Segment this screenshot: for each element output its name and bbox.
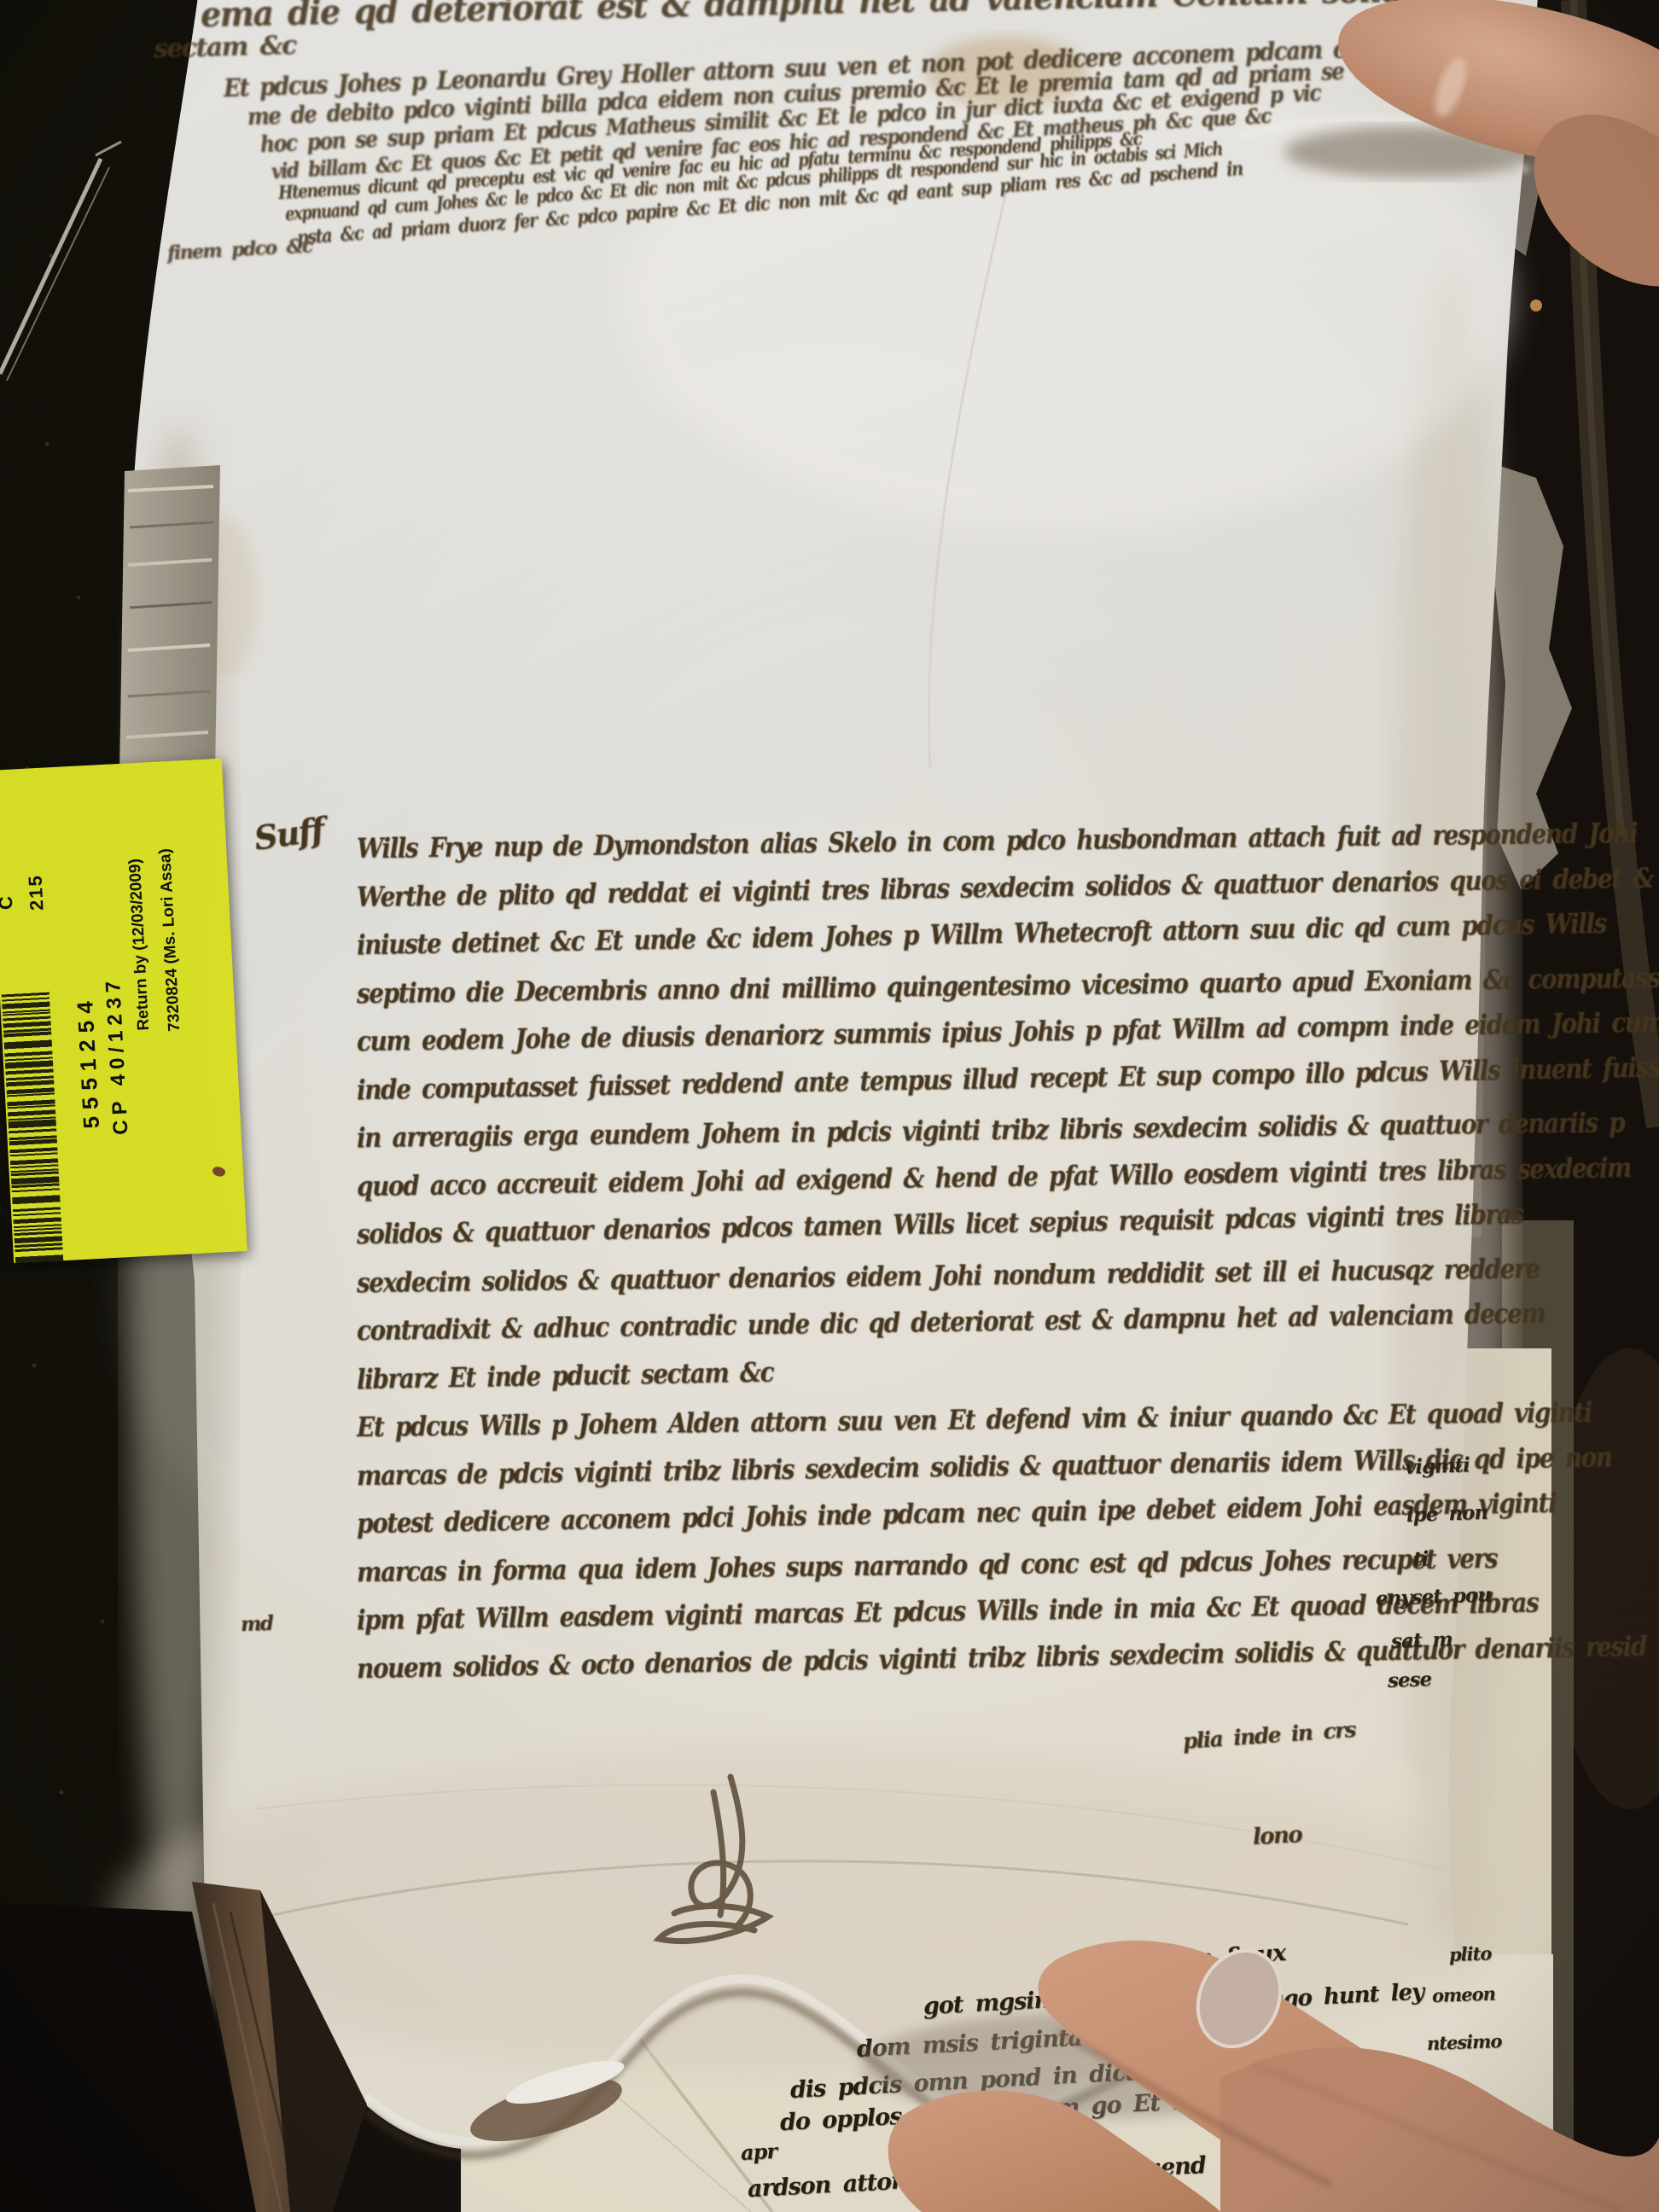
margin-md-note: md [241, 1612, 273, 1636]
manuscript-line: finem pdco &c [166, 235, 312, 265]
manuscript-line: ema die qd deteriorat est & dampnu het a… [201, 0, 1493, 35]
under-leaf-line: dom msis triginta annos [856, 2020, 1167, 2063]
under-leaf-line: apr [740, 2139, 777, 2165]
photo-stage: ema die qd deteriorat est & dampnu het a… [0, 0, 1659, 2212]
manuscript-line: contradixit & adhuc contradic unde dic q… [357, 1296, 1545, 1347]
under-leaf-line: ardson attorn omn von d om quend [747, 2152, 1206, 2203]
label-line: Return by (12/03/2009) [126, 859, 154, 1032]
manuscript-line: sexdecim solidos & quattuor denarios eid… [357, 1252, 1540, 1299]
edge-fragment: vigmti [1405, 1453, 1470, 1479]
edge-fragment: sat m [1391, 1628, 1453, 1653]
manuscript-line: ipm pfat Willm easdem viginti marcas Et … [357, 1586, 1539, 1636]
manuscript-line: in arreragiis erga eundem Johem in pdcis… [357, 1106, 1625, 1154]
label-line: CP 40/1237 [102, 975, 134, 1136]
manuscript-line: Et pdcus Wills p Johem Alden attorn suu … [357, 1395, 1592, 1443]
label-shelf-letter: C [0, 895, 18, 910]
edge-fragment: ipe non [1406, 1501, 1488, 1527]
manuscript-line: iniuste detinet &c Et unde &c idem Johes… [357, 906, 1606, 961]
edge-fragment: omeon [1432, 1982, 1496, 2006]
under-leaf-line: Hugo hunt ley [1247, 1979, 1424, 2014]
label-line: 5551254 [72, 994, 105, 1130]
manuscript-line: Werthe de plito qd reddat ei viginti tre… [357, 861, 1653, 913]
archive-label: C 215 5551254CP 40/1237Return by (12/03/… [0, 759, 247, 1264]
manuscript-line: potest dedicere acconem pdci Johis inde … [357, 1486, 1557, 1540]
label-shelf-number: 215 [24, 874, 48, 911]
under-leaf-line: got mgsin msa [923, 1983, 1112, 2020]
manuscript-line: sectam &c [154, 31, 297, 64]
manuscript-line: solidos & quattuor denarios pdcos tamen … [357, 1197, 1523, 1250]
manuscript-line: librarz Et inde pducit sectam &c [357, 1355, 774, 1395]
manuscript-line: inde computasset fuisset reddend ante te… [357, 1050, 1659, 1105]
manuscript-line: quod acco accreuit eidem Johi ad exigend… [357, 1150, 1632, 1202]
manuscript-line: nouem solidos & octo denarios de pdcis v… [357, 1629, 1647, 1684]
margin-county-note: Suff [252, 810, 326, 858]
edge-fragment: ntesimo [1427, 2030, 1502, 2054]
edge-fragment: ti [1413, 1547, 1429, 1571]
label-line: 7320824 (Ms. Lori Assa) [156, 848, 184, 1033]
edge-fragment: plito [1449, 1942, 1492, 1965]
under-leaf-line: Wotton & ux [1124, 1940, 1286, 1977]
manuscript-line: marcas in forma qua idem Johes sups narr… [357, 1541, 1498, 1587]
manuscript-line: cum eodem Johe de diusis denariorz summi… [357, 1005, 1659, 1057]
manuscript-text-layer: ema die qd deteriorat est & dampnu het a… [0, 0, 1659, 2212]
manuscript-line: Wills Frye nup de Dymondston alias Skelo… [357, 817, 1638, 864]
edge-fragment: sese [1388, 1668, 1432, 1692]
place-note: lono [1252, 1822, 1302, 1850]
label-speck [211, 1165, 226, 1179]
edge-fragment: enyset pou [1376, 1583, 1492, 1610]
closing-process-note: plia inde in crs [1182, 1717, 1356, 1754]
manuscript-line: septimo die Decembris anno dni millimo q… [357, 961, 1659, 1010]
